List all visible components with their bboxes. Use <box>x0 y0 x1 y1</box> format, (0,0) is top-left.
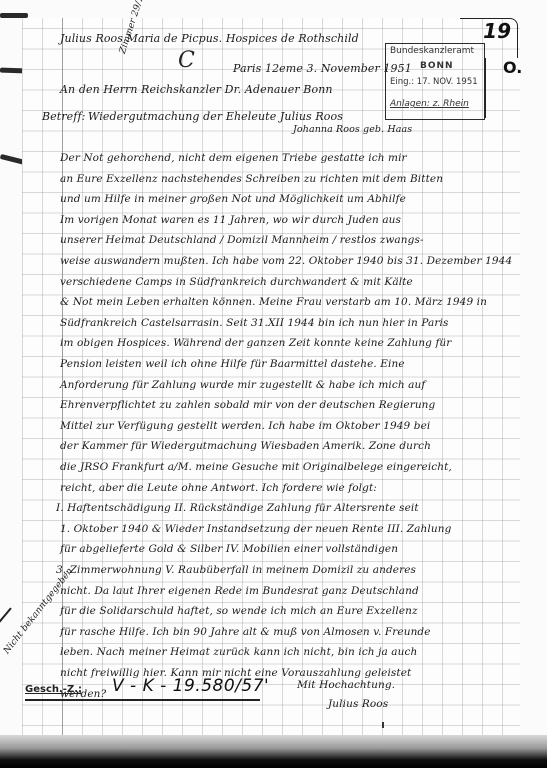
body-line: 3. Zimmerwohnung V. Raubüberfall in mein… <box>56 564 416 576</box>
file-reference-number: V - K - 19.580/57' <box>112 676 269 696</box>
body-line: der Kammer für Wiedergutmachung Wiesbade… <box>60 440 431 452</box>
subject: Wiedergutmachung der Eheleute Julius Roo… <box>88 110 343 123</box>
receipt-stamp: Bundeskanzleramt BONN Eing.: 17. NOV. 19… <box>385 43 485 120</box>
body-line: reicht, aber die Leute ohne Antwort. Ich… <box>60 482 377 494</box>
subject-label: Betreff: <box>42 110 85 123</box>
scan-bottom-shadow <box>0 735 547 768</box>
initials-mark: C <box>178 48 195 73</box>
signature: Julius Roos <box>328 698 388 710</box>
page-letter: O. <box>503 58 522 77</box>
scan-mark <box>382 722 384 728</box>
body-line: im obigen Hospices. Während der ganzen Z… <box>60 337 451 349</box>
body-line: Der Not gehorchend, nicht dem eigenen Tr… <box>60 152 407 164</box>
sender-line: Julius Roos Maria de Picpus. Hospices de… <box>60 32 359 45</box>
body-line: Im vorigen Monat waren es 11 Jahren, wo … <box>60 214 401 226</box>
body-line: Ehrenverpflichtet zu zahlen sobald mir v… <box>60 399 435 411</box>
body-line: Südfrankreich Castelsarrasin. Seit 31.XI… <box>60 317 448 329</box>
body-line: leben. Nach meiner Heimat zurück kann ic… <box>60 646 417 658</box>
file-reference-label: Gesch.-Z.: <box>25 684 82 695</box>
body-line: für die Solidarschuld haftet, so wende i… <box>60 605 418 617</box>
body-line: die JRSO Frankfurt a/M. meine Gesuche mi… <box>60 461 452 473</box>
body-line: Mittel zur Verfügung gestellt werden. Ic… <box>60 420 430 432</box>
stamp-city: BONN <box>420 61 454 71</box>
stamp-office: Bundeskanzleramt <box>390 46 474 56</box>
body-line: unserer Heimat Deutschland / Domizil Man… <box>60 234 424 246</box>
subject-second-line: Johanna Roos geb. Haas <box>293 124 412 135</box>
stamp-received-date: Eing.: 17. NOV. 1951 <box>390 77 478 87</box>
body-line: Pension leisten weil ich ohne Hilfe für … <box>60 358 405 370</box>
body-line: an Eure Exzellenz nachstehendes Schreibe… <box>60 173 443 185</box>
body-line: nicht. Da laut Ihrer eigenen Rede im Bun… <box>60 585 419 597</box>
body-line: & Not mein Leben erhalten können. Meine … <box>60 296 487 308</box>
body-line: weise auswandern mußten. Ich habe vom 22… <box>60 255 512 267</box>
body-line: Anforderung für Zahlung wurde mir zugest… <box>60 379 425 391</box>
body-line: für abgelieferte Gold & Silber IV. Mobil… <box>60 543 398 555</box>
body-line: für rasche Hilfe. Ich bin 90 Jahre alt &… <box>60 626 431 638</box>
file-reference-rule <box>25 699 260 701</box>
body-line: verschiedene Camps in Südfrankreich durc… <box>60 276 413 288</box>
stamp-attachments: Anlagen: z. Rhein <box>390 99 469 109</box>
body-line: und um Hilfe in meiner großen Not und Mö… <box>60 193 406 205</box>
body-line: I. Haftentschädigung II. Rückständige Za… <box>56 502 419 514</box>
addressee: An den Herrn Reichskanzler Dr. Adenauer … <box>60 83 333 96</box>
closing: Mit Hochachtung. <box>297 679 395 691</box>
body-line: 1. Oktober 1940 & Wieder Instandsetzung … <box>60 523 451 535</box>
